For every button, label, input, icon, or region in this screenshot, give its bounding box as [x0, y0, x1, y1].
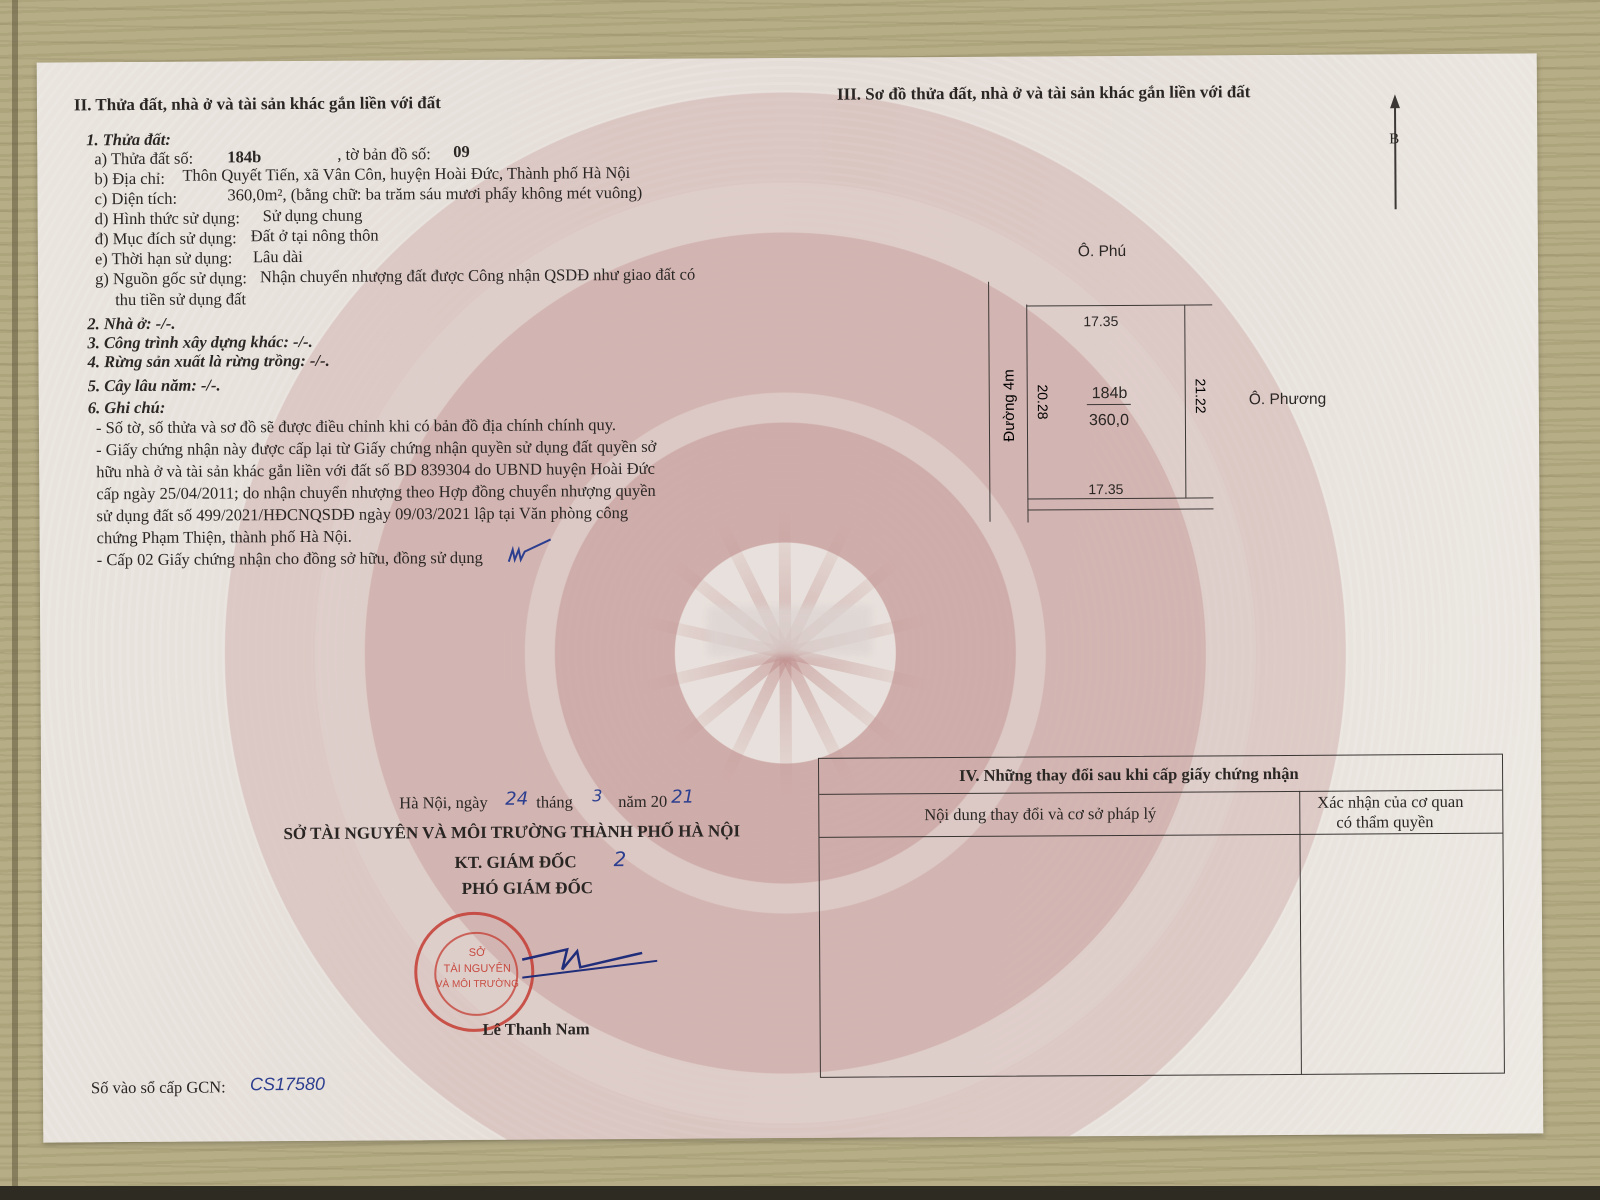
deputy-director: PHÓ GIÁM ĐỐC [462, 879, 593, 897]
north-arrow-shaft [1394, 104, 1397, 209]
address-value: Thôn Quyết Tiến, xã Vân Côn, huyện Hoài … [182, 165, 630, 184]
term-label: e) Thời hạn sử dụng: [95, 250, 233, 267]
north-label: B [1389, 132, 1399, 147]
date-year-suffix: 21 [671, 789, 694, 807]
desk-shadow [0, 1186, 1600, 1200]
edge-left-length: 20.28 [1035, 384, 1051, 419]
origin-value-cont: thu tiền sử dụng đất [115, 291, 246, 308]
north-arrow-icon [1389, 94, 1401, 108]
note-line: cấp ngày 25/04/2011; do nhận chuyển nhượ… [96, 483, 656, 503]
map-label: , tờ bản đồ số: [337, 146, 431, 163]
area-value: 360,0m², (bằng chữ: ba trăm sáu mươi phẩ… [227, 185, 642, 204]
registry-number: CS17580 [250, 1075, 325, 1093]
edge-right-length: 21.22 [1193, 378, 1209, 413]
perennial-item: 5. Cây lâu năm: -/-. [88, 377, 221, 394]
parcel-number: 184b [227, 149, 261, 166]
section2-title: II. Thửa đất, nhà ở và tài sản khác gắn … [74, 94, 441, 113]
parcel-label: a) Thửa đất số: [94, 151, 193, 168]
purpose-label: đ) Mục đích sử dụng: [95, 230, 237, 247]
redacted-region [707, 605, 872, 656]
date-month: 3 [592, 788, 602, 804]
note-line: - Cấp 02 Giấy chứng nhận cho đồng sở hữu… [97, 550, 483, 569]
signature-stroke [502, 939, 662, 990]
edge-bottom-length: 17.35 [1088, 482, 1123, 496]
changes-table: IV. Những thay đổi sau khi cấp giấy chứn… [818, 754, 1505, 1078]
kt-director: KT. GIÁM ĐỐC [455, 853, 577, 871]
address-label: b) Địa chỉ: [94, 171, 165, 188]
use-form-value: Sử dụng chung [263, 208, 363, 225]
col-confirmation-line2: có thẩm quyền [1336, 814, 1433, 831]
desk-edge [12, 0, 18, 1200]
note-line: sử dụng đất số 499/2021/HĐCNQSDĐ ngày 09… [96, 505, 628, 525]
notes-heading: 6. Ghi chú: [88, 400, 166, 417]
signer-name: Lê Thanh Nam [483, 1021, 590, 1038]
parcel-number-diagram: 184b [1092, 386, 1128, 402]
edge-top-length: 17.35 [1083, 314, 1118, 328]
date-year-label: năm 20 [618, 794, 667, 811]
note-line: chứng Phạm Thiện, thành phố Hà Nội. [97, 529, 352, 547]
house-item: 2. Nhà ở: -/-. [87, 316, 175, 333]
land-heading: 1. Thửa đất: [86, 132, 171, 149]
date-prefix: Hà Nội, ngày [399, 795, 488, 812]
parcel-east-edge [1184, 305, 1186, 498]
section3-title: III. Sơ đồ thửa đất, nhà ở và tài sản kh… [837, 83, 1251, 103]
forest-item: 4. Rừng sản xuất là rừng trồng: -/-. [87, 353, 329, 371]
parcel-label-divider [1087, 404, 1131, 405]
other-works-item: 3. Công trình xây dựng khác: -/-. [87, 334, 312, 352]
col-change-content: Nội dung thay đổi và cơ sở pháp lý [924, 806, 1156, 824]
map-number: 09 [453, 144, 470, 161]
parcel-area-diagram: 360,0 [1089, 413, 1129, 429]
date-day: 24 [505, 791, 528, 809]
note-line: - Giấy chứng nhận này được cấp lại từ Gi… [96, 439, 656, 459]
changes-table-header-row: Nội dung thay đổi và cơ sở pháp lý Xác n… [819, 790, 1502, 838]
changes-table-title-row: IV. Những thay đổi sau khi cấp giấy chứn… [819, 755, 1502, 795]
neighbor-north: Ô. Phú [1078, 244, 1126, 260]
origin-label: g) Nguồn gốc sử dụng: [95, 270, 247, 287]
initials-mark [505, 537, 555, 567]
registry-label: Số vào sổ cấp GCN: [91, 1079, 226, 1096]
road-edge-line [988, 282, 990, 522]
area-label: c) Diện tích: [95, 191, 178, 208]
neighbor-east: Ô. Phương [1249, 392, 1327, 408]
note-line: hữu nhà ở và tài sản khác gắn liền với đ… [96, 461, 655, 481]
section4-title: IV. Những thay đổi sau khi cấp giấy chứn… [959, 766, 1299, 785]
purpose-value: Đất ở tại nông thôn [251, 228, 379, 245]
road-label: Đường 4m [1001, 369, 1018, 442]
road-south-line [1027, 508, 1213, 510]
term-value: Lâu dài [253, 249, 303, 266]
note-line: - Số tờ, số thửa và sơ đồ sẽ được điều c… [96, 417, 616, 437]
use-form-label: d) Hình thức sử dụng: [95, 210, 240, 227]
col-confirmation-line1: Xác nhận của cơ quan [1317, 794, 1463, 811]
parcel-south-edge [1027, 497, 1213, 499]
agency-name: SỞ TÀI NGUYÊN VÀ MÔI TRƯỜNG THÀNH PHỐ HÀ… [283, 822, 740, 842]
date-month-label: tháng [536, 794, 573, 811]
parcel-west-edge [1026, 305, 1028, 523]
land-use-certificate: II. Thửa đất, nhà ở và tài sản khác gắn … [37, 53, 1544, 1142]
origin-value: Nhận chuyển nhượng đất được Công nhận QS… [260, 267, 695, 286]
handwritten-mark: 2 [614, 849, 627, 869]
